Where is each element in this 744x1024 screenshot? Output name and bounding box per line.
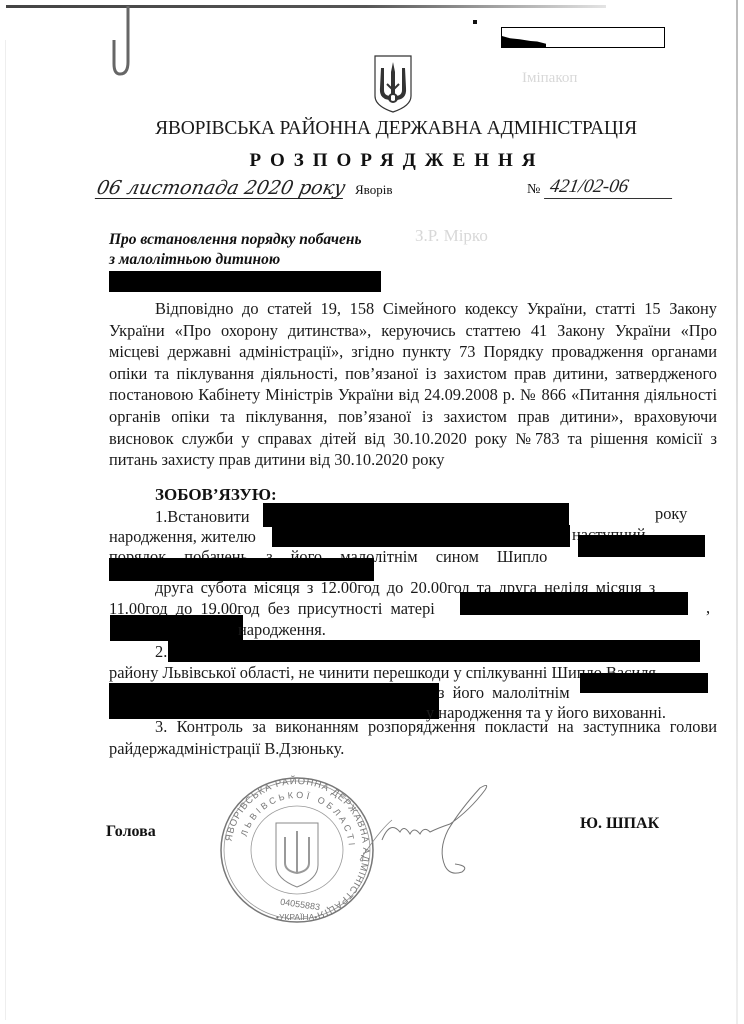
- redaction-bar: [168, 640, 700, 662]
- svg-text:•УКРАЇНА•: •УКРАЇНА•: [276, 912, 317, 922]
- document-number: 421/02-06: [544, 176, 676, 199]
- show-through-text: З.Р. Мірко: [415, 226, 488, 246]
- redaction-bar: [578, 535, 705, 557]
- document-date: 06 листопада 2020 року: [95, 178, 347, 199]
- obligate-heading: ЗОБОВ’ЯЗУЮ:: [155, 485, 277, 505]
- preamble-paragraph: Відповідно до статей 19, 158 Сімейного к…: [109, 298, 717, 471]
- redaction-bar: [110, 615, 243, 641]
- item1-comma: ,: [706, 598, 710, 618]
- paper-clip-icon: [108, 6, 138, 78]
- show-through-text: Іміпакоп: [522, 70, 577, 87]
- redaction-bar: [109, 271, 381, 292]
- item2-start: 2.: [155, 642, 167, 662]
- item1-year-word: року: [655, 504, 687, 524]
- document-type: РОЗПОРЯДЖЕННЯ: [0, 150, 744, 172]
- signatory-name: Ю. ШПАК: [580, 815, 659, 833]
- item1-birth-resident: народження, жителю: [109, 527, 256, 547]
- item2-district: району Львівської області, не чинити пер…: [109, 663, 656, 683]
- handwritten-signature: [320, 780, 520, 880]
- page-left-edge: [5, 40, 6, 1020]
- redaction-bar: [109, 683, 439, 719]
- item1-start: 1.Встановити: [155, 507, 250, 527]
- item2-minor: з його малолітнім: [438, 683, 570, 703]
- redaction-bar: [580, 673, 708, 693]
- item3-paragraph: 3. Контроль за виконанням розпорядження …: [109, 716, 717, 759]
- signatory-title: Голова: [106, 823, 156, 841]
- subject-line-2: з малолітньою дитиною: [109, 250, 362, 270]
- scan-mark: [473, 20, 477, 24]
- document-subject: Про встановлення порядку побачень з мало…: [109, 230, 362, 270]
- organization-name: ЯВОРІВСЬКА РАЙОННА ДЕРЖАВНА АДМІНІСТРАЦІ…: [0, 118, 744, 140]
- document-city: Яворів: [355, 182, 392, 198]
- redaction-bar: [263, 503, 569, 527]
- number-sign: №: [527, 182, 540, 198]
- subject-line-1: Про встановлення порядку побачень: [109, 230, 362, 250]
- redaction-bar: [460, 592, 688, 615]
- redacted-registration-box: [501, 27, 665, 48]
- page-top-edge: [6, 5, 606, 8]
- svg-text:04055883: 04055883: [280, 897, 321, 912]
- tryzub-icon: [373, 54, 413, 114]
- item1-birth-end: народження.: [238, 620, 326, 640]
- redaction-bar: [272, 525, 570, 547]
